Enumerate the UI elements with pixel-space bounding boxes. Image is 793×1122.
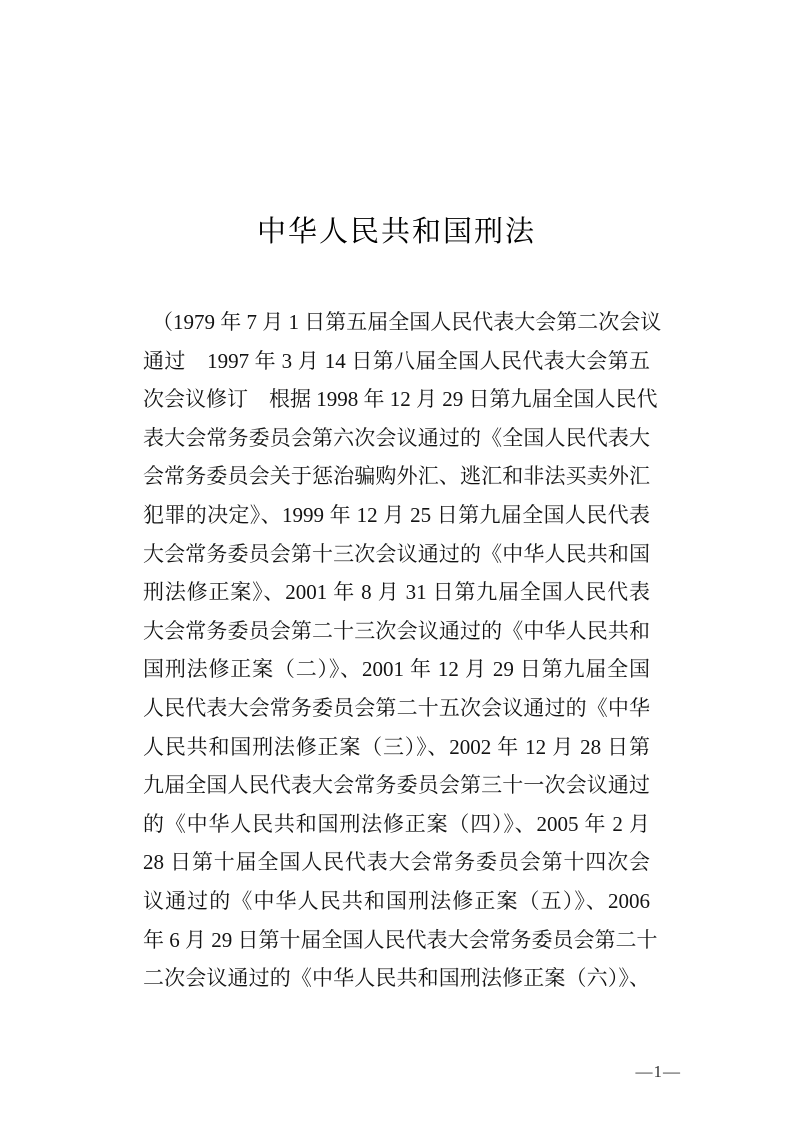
intro-line: 二次会议通过的《中华人民共和国刑法修正案（六）》、	[143, 959, 650, 998]
intro-line: 国刑法修正案（二）》、2001 年 12 月 29 日第九届全国	[143, 650, 650, 689]
intro-line: 议通过的《中华人民共和国刑法修正案（五）》、2006	[143, 882, 650, 921]
intro-line: 次会议修订 根据 1998 年 12 月 29 日第九届全国人民代	[143, 380, 650, 419]
intro-line: 会常务委员会关于惩治骗购外汇、逃汇和非法买卖外汇	[143, 457, 650, 496]
intro-line: 表大会常务委员会第六次会议通过的《全国人民代表大	[143, 419, 650, 458]
intro-line: （1979 年 7 月 1 日第五届全国人民代表大会第二次会议	[143, 303, 650, 342]
intro-line: 大会常务委员会第二十三次会议通过的《中华人民共和	[143, 612, 650, 651]
intro-line: 28 日第十届全国人民代表大会常务委员会第十四次会	[143, 843, 650, 882]
intro-paragraph: （1979 年 7 月 1 日第五届全国人民代表大会第二次会议 通过 1997 …	[143, 303, 650, 998]
intro-line: 人民代表大会常务委员会第二十五次会议通过的《中华	[143, 689, 650, 728]
page-title: 中华人民共和国刑法	[0, 0, 793, 250]
intro-line: 犯罪的决定》、1999 年 12 月 25 日第九届全国人民代表	[143, 496, 650, 535]
intro-line: 刑法修正案》、2001 年 8 月 31 日第九届全国人民代表	[143, 573, 650, 612]
intro-line: 的《中华人民共和国刑法修正案（四）》、2005 年 2 月	[143, 805, 650, 844]
intro-line: 人民共和国刑法修正案（三）》、2002 年 12 月 28 日第	[143, 728, 650, 767]
intro-line: 通过 1997 年 3 月 14 日第八届全国人民代表大会第五	[143, 342, 650, 381]
page-number: —1—	[636, 1062, 682, 1082]
intro-line: 大会常务委员会第十三次会议通过的《中华人民共和国	[143, 535, 650, 574]
document-page: 中华人民共和国刑法 （1979 年 7 月 1 日第五届全国人民代表大会第二次会…	[0, 0, 793, 1122]
intro-line: 九届全国人民代表大会常务委员会第三十一次会议通过	[143, 766, 650, 805]
intro-line: 年 6 月 29 日第十届全国人民代表大会常务委员会第二十	[143, 921, 650, 960]
